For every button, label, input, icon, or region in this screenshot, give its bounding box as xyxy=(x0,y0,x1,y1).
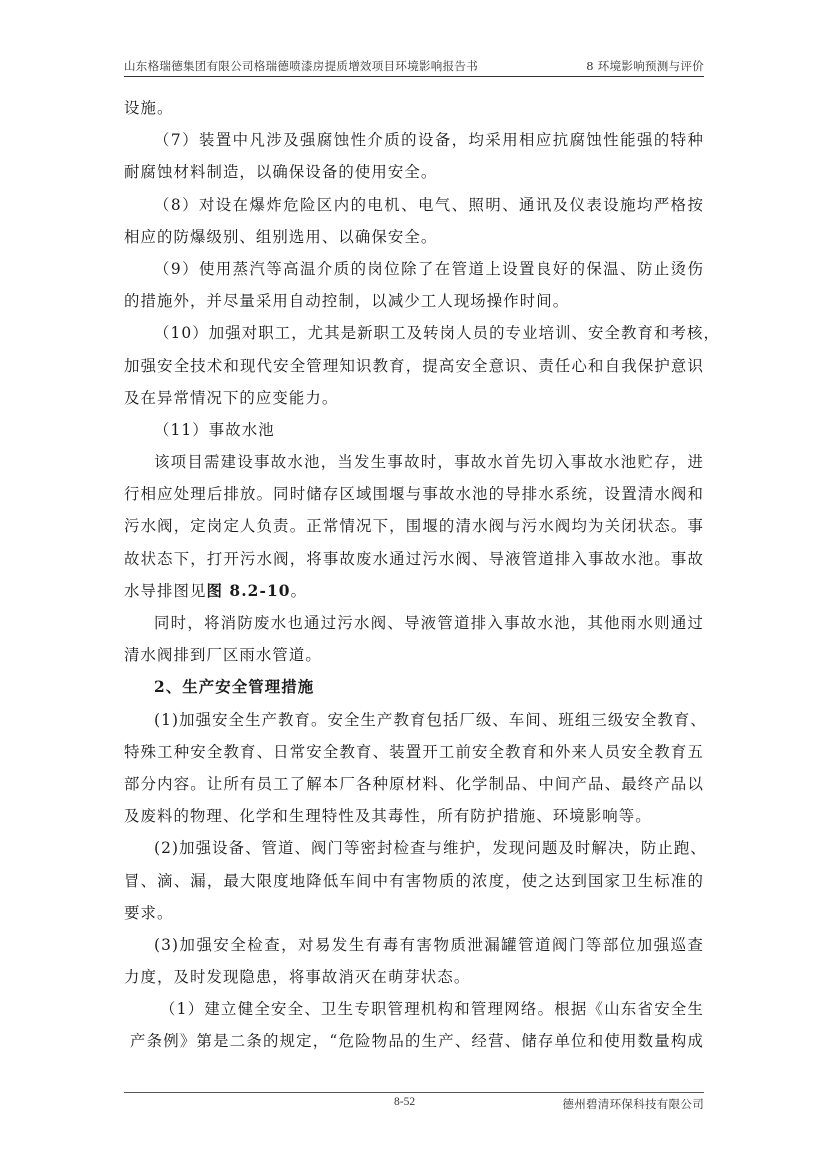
text-line: 水导排图见图 8.2-10。 xyxy=(124,575,704,607)
text-line: 及废料的物理、化学和生理特性及其毒性，所有防护措施、环境影响等。 xyxy=(124,800,704,832)
header-divider xyxy=(124,76,704,77)
text-line: （8）对设在爆炸危险区内的电机、电气、照明、通讯及仪表设施均严格按 xyxy=(124,189,704,221)
text-line: （7）装置中凡涉及强腐蚀性介质的设备，均采用相应抗腐蚀性能强的特种 xyxy=(124,124,704,156)
text-line: 该项目需建设事故水池，当发生事故时，事故水首先切入事故水池贮存，进 xyxy=(124,446,704,478)
page-number: 8-52 xyxy=(394,1096,415,1108)
header-report-title: 山东格瑞德集团有限公司格瑞德喷漆房提质增效项目环境影响报告书 xyxy=(124,58,478,74)
text-line: （9）使用蒸汽等高温介质的岗位除了在管道上设置良好的保温、防止烫伤 xyxy=(124,253,704,285)
text-line: (2)加强设备、管道、阀门等密封检查与维护，发现问题及时解决，防止跑、 xyxy=(124,832,704,864)
text-span: 。 xyxy=(291,582,308,600)
text-line: 部分内容。让所有员工了解本厂各种原材料、化学制品、中间产品、最终产品以 xyxy=(124,768,704,800)
figure-reference: 图 8.2-10 xyxy=(206,582,290,600)
header-chapter-title: 8 环境影响预测与评价 xyxy=(586,58,704,74)
text-line: 污水阀，定岗定人负责。正常情况下，围堰的清水阀与污水阀均为关闭状态。事 xyxy=(124,510,704,542)
text-line: (1)加强安全生产教育。安全生产教育包括厂级、车间、班组三级安全教育、 xyxy=(124,704,704,736)
text-line: （1）建立健全安全、卫生专职管理机构和管理网络。根据《山东省安全生 xyxy=(124,993,704,1025)
text-line: 耐腐蚀材料制造，以确保设备的使用安全。 xyxy=(124,156,704,188)
text-line: (3)加强安全检查，对易发生有毒有害物质泄漏罐管道阀门等部位加强巡查 xyxy=(124,929,704,961)
text-line: 产条例》第是二条的规定，“危险物品的生产、经营、储存单位和使用数量构成 xyxy=(124,1025,704,1057)
text-line: 的措施外，并尽量采用自动控制，以减少工人现场操作时间。 xyxy=(124,285,704,317)
text-line: 力度，及时发现隐患，将事故消灭在萌芽状态。 xyxy=(124,961,704,993)
text-line: 及在异常情况下的应变能力。 xyxy=(124,382,704,414)
text-line: （10）加强对职工，尤其是新职工及转岗人员的专业培训、安全教育和考核， xyxy=(124,317,704,349)
page-footer: 8-52 德州碧清环保科技有限公司 xyxy=(124,1096,704,1114)
text-span: 水导排图见 xyxy=(124,582,206,600)
text-line: 相应的防爆级别、组别选用、以确保安全。 xyxy=(124,221,704,253)
section-heading: 2、生产安全管理措施 xyxy=(124,671,704,703)
text-line: 行相应处理后排放。同时储存区域围堰与事故水池的导排水系统，设置清水阀和 xyxy=(124,478,704,510)
text-line: 冒、滴、漏，最大限度地降低车间中有害物质的浓度，使之达到国家卫生标准的 xyxy=(124,865,704,897)
text-line: 设施。 xyxy=(124,92,704,124)
text-line: 要求。 xyxy=(124,897,704,929)
text-line: 特殊工种安全教育、日常安全教育、装置开工前安全教育和外来人员安全教育五 xyxy=(124,736,704,768)
footer-divider xyxy=(124,1092,704,1093)
footer-company: 德州碧清环保科技有限公司 xyxy=(562,1096,704,1112)
text-line: 加强安全技术和现代安全管理知识教育，提高安全意识、责任心和自我保护意识 xyxy=(124,350,704,382)
text-line: 故状态下，打开污水阀，将事故废水通过污水阀、导液管道排入事故水池。事故 xyxy=(124,543,704,575)
subsection-heading: （11）事故水池 xyxy=(124,414,704,446)
text-line: 同时，将消防废水也通过污水阀、导液管道排入事故水池，其他雨水则通过 xyxy=(124,607,704,639)
text-line: 清水阀排到厂区雨水管道。 xyxy=(124,639,704,671)
page-header: 山东格瑞德集团有限公司格瑞德喷漆房提质增效项目环境影响报告书 8 环境影响预测与… xyxy=(124,58,704,76)
body-text: 设施。 （7）装置中凡涉及强腐蚀性介质的设备，均采用相应抗腐蚀性能强的特种 耐腐… xyxy=(124,92,704,1058)
